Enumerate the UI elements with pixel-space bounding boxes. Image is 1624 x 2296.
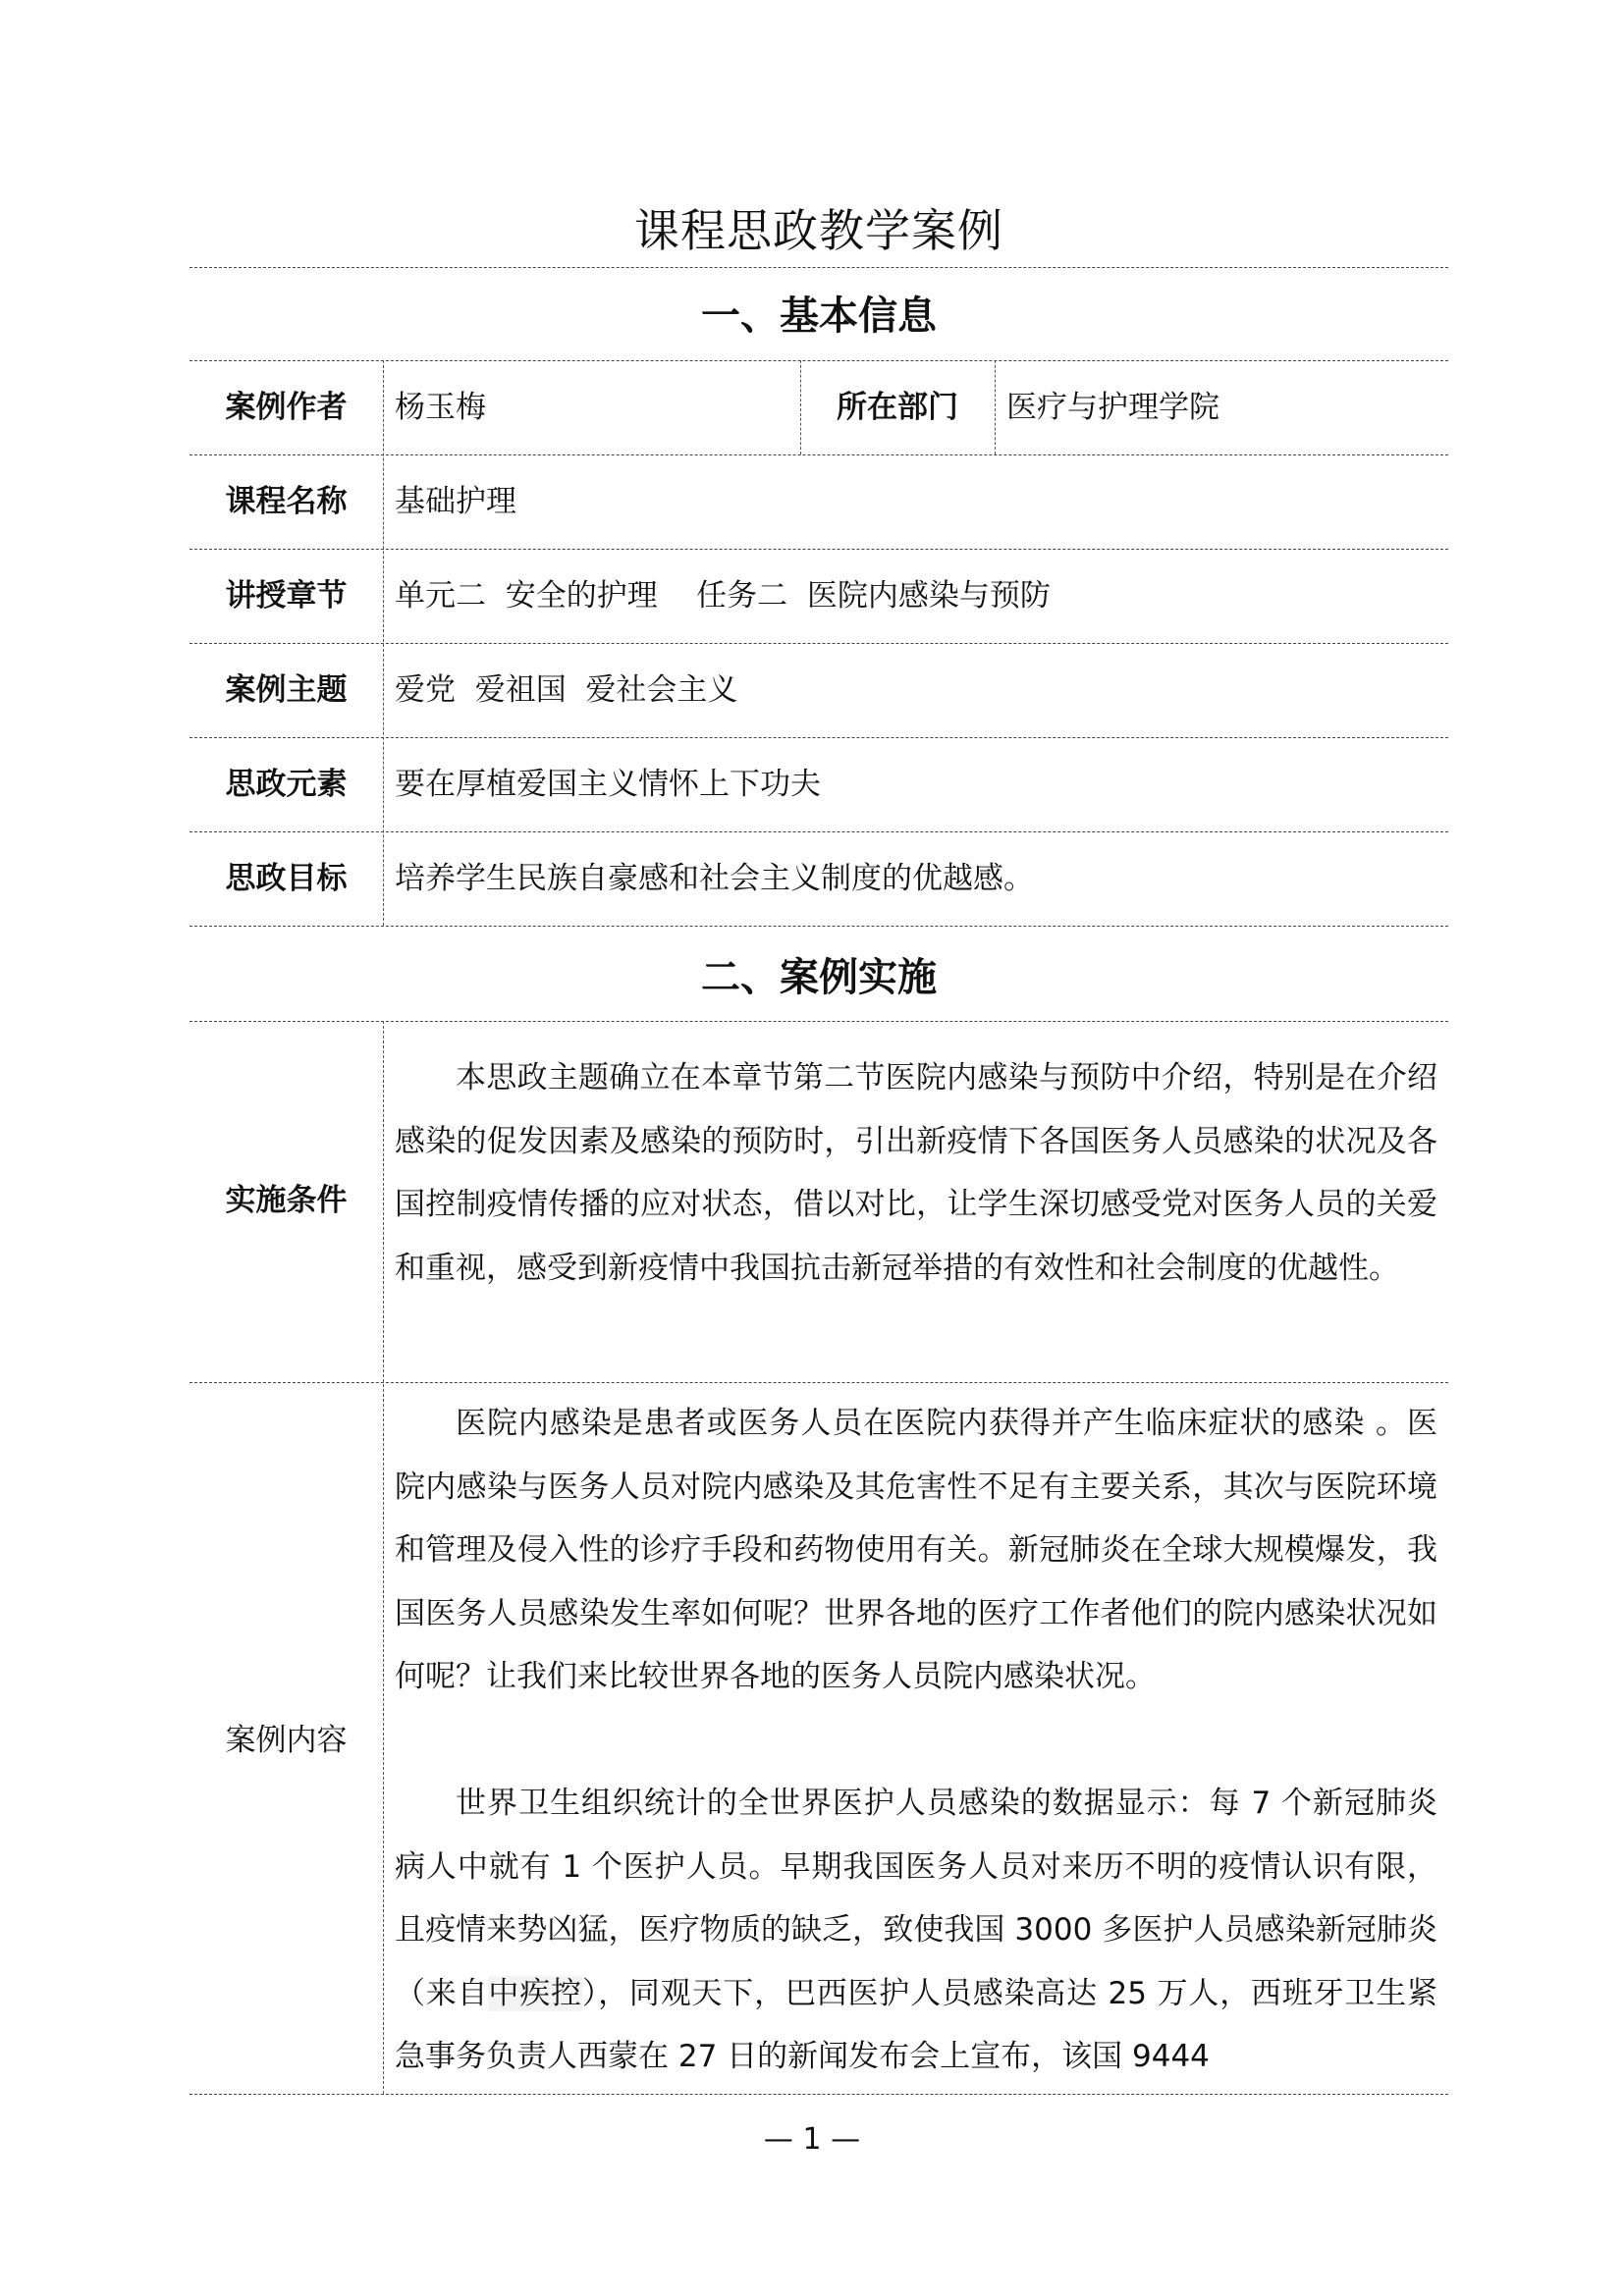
- row-divider: [189, 1382, 1448, 1383]
- field-label-goal: 思政目标: [189, 861, 383, 896]
- row-divider: [189, 454, 1448, 455]
- table-border: [189, 1021, 1448, 1022]
- table-column-divider: [995, 360, 996, 454]
- field-value-elements: 要在厚植爱国主义情怀上下功夫: [395, 767, 821, 802]
- field-label-course-name: 课程名称: [189, 484, 383, 519]
- content-paragraph-2: 世界卫生组织统计的全世界医护人员感染的数据显示：每 7 个新冠肺炎病人中就有 1…: [395, 1772, 1437, 2089]
- page-number: — 1 —: [0, 2120, 1624, 2160]
- document-page: 课程思政教学案例 一、基本信息 案例作者 杨玉梅 所在部门 医疗与护理学院 课程…: [0, 0, 1624, 2296]
- field-label-elements: 思政元素: [189, 767, 383, 802]
- document-title: 课程思政教学案例: [189, 201, 1448, 260]
- field-label-theme: 案例主题: [189, 672, 383, 708]
- highlighted-text: 中疾控: [488, 1976, 581, 2011]
- divider: [189, 267, 1448, 268]
- field-value-theme: 爱党 爱祖国 爱社会主义: [395, 672, 737, 708]
- content-paragraph-1: 医院内感染是患者或医务人员在医院内获得并产生临床症状的感染 。医院内感染与医务人…: [395, 1392, 1437, 1709]
- table-border: [189, 926, 1448, 927]
- field-value-chapter: 单元二 安全的护理 任务二 医院内感染与预防: [395, 578, 1051, 614]
- field-value-course-name: 基础护理: [395, 484, 516, 519]
- field-value-author: 杨玉梅: [395, 390, 486, 425]
- field-label-conditions: 实施条件: [189, 1183, 383, 1218]
- row-divider: [189, 643, 1448, 644]
- section-heading-implementation: 二、案例实施: [189, 950, 1448, 1005]
- field-value-goal: 培养学生民族自豪感和社会主义制度的优越感。: [395, 861, 1034, 896]
- field-value-department: 医疗与护理学院: [1006, 390, 1219, 425]
- table-border: [189, 360, 1448, 361]
- table-column-divider: [383, 1021, 384, 2094]
- field-label-chapter: 讲授章节: [189, 578, 383, 614]
- row-divider: [189, 831, 1448, 832]
- section-heading-basic-info: 一、基本信息: [189, 289, 1448, 344]
- row-divider: [189, 549, 1448, 550]
- conditions-paragraph: 本思政主题确立在本章节第二节医院内感染与预防中介绍，特别是在介绍感染的促发因素及…: [395, 1046, 1437, 1300]
- field-label-department: 所在部门: [800, 390, 995, 425]
- field-label-author: 案例作者: [189, 390, 383, 425]
- field-label-content: 案例内容: [189, 1723, 383, 1758]
- row-divider: [189, 737, 1448, 738]
- table-border: [189, 2094, 1448, 2095]
